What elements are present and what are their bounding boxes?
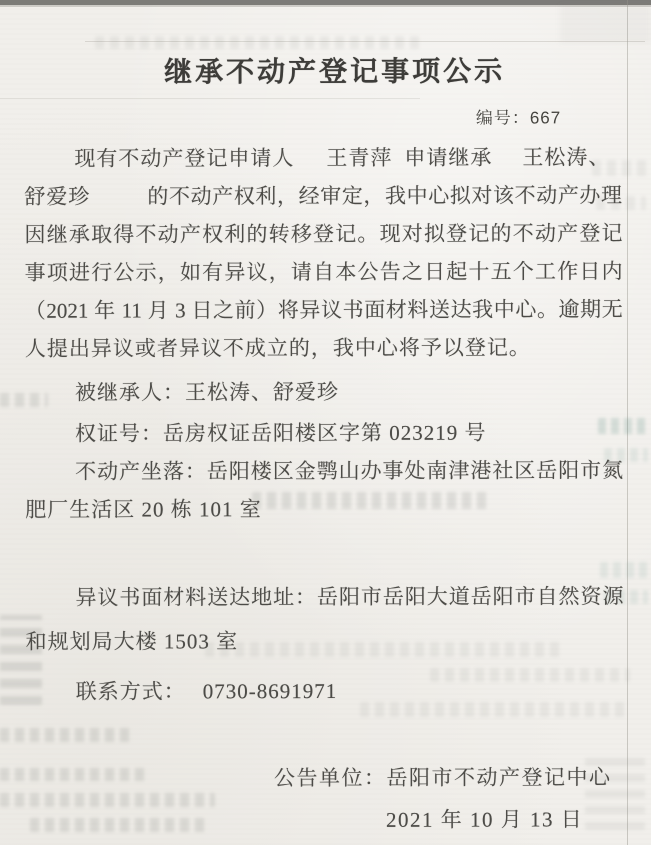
property-location-line-1: 不动产坐落：岳阳楼区金鹗山办事处南津港社区岳阳市氮 xyxy=(75,457,623,484)
body-line-2: 舒爱珍的不动产权利，经审定，我中心拟对该不动产办理 xyxy=(24,182,622,210)
line2-rest: 的不动产权利，经审定，我中心拟对该不动产办理 xyxy=(147,183,622,208)
scanned-notice-page: 继承不动产登记事项公示 编号：667 现有不动产登记申请人王青萍申请继承王松涛、… xyxy=(0,0,651,845)
property-location-line-2: 肥厂生活区 20 栋 101 室 xyxy=(25,496,262,523)
body-line-1: 现有不动产登记申请人王青萍申请继承王松涛、 xyxy=(74,144,610,171)
notice-title: 继承不动产登记事项公示 xyxy=(39,49,630,91)
applicant-name: 王青萍 xyxy=(326,146,392,170)
objection-address-line-1: 异议书面材料送达地址：岳阳市岳阳大道岳阳市自然资源 xyxy=(75,583,623,610)
body-line-5: （2021 年 11 月 3 日之前）将异议书面材料送达我中心。逾期无 xyxy=(25,296,623,324)
doc-number: 编号：667 xyxy=(476,103,561,128)
contact-value: 0730-8691971 xyxy=(203,679,338,703)
line1-mid: 申请继承 xyxy=(404,146,492,170)
doc-number-label: 编号： xyxy=(476,108,530,127)
certificate-number-line: 权证号：岳房权证岳阳楼区字第 023219 号 xyxy=(75,420,487,447)
decedent-name-part1: 王松涛、 xyxy=(522,145,610,169)
issuer-line: 公告单位：岳阳市不动产登记中心 xyxy=(274,764,612,791)
body-line-4: 事项进行公示，如有异议，请自本公告之日起十五个工作日内 xyxy=(25,258,623,286)
contact-label: 联系方式： xyxy=(76,679,186,703)
notice-content: 继承不动产登记事项公示 编号：667 现有不动产登记申请人王青萍申请继承王松涛、… xyxy=(0,0,651,845)
date-line: 2021 年 10 月 13 日 xyxy=(386,806,583,833)
body-line-6: 人提出异议或者异议不成立的，我中心将予以登记。 xyxy=(25,334,531,361)
line1-lead: 现有不动产登记申请人 xyxy=(74,146,294,171)
decedents-line: 被继承人：王松涛、舒爱珍 xyxy=(75,379,339,406)
decedent-name-part2: 舒爱珍 xyxy=(24,185,90,209)
objection-address-line-2: 和规划局大楼 1503 室 xyxy=(26,628,239,655)
body-line-3: 因继承取得不动产权利的转移登记。现对拟登记的不动产登记 xyxy=(24,220,622,248)
doc-number-value: 667 xyxy=(530,108,561,127)
contact-line: 联系方式：0730-8691971 xyxy=(76,678,338,705)
